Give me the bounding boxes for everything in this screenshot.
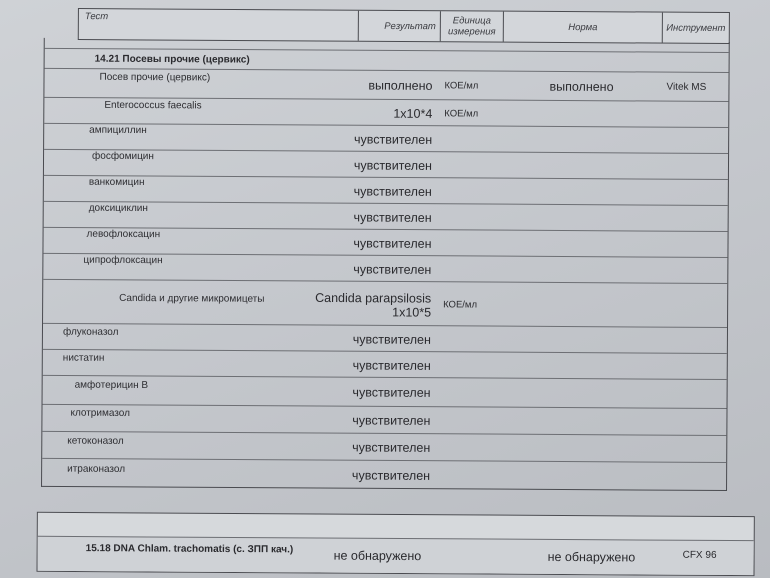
test-name: левофлоксацин bbox=[87, 228, 161, 239]
test-name: доксициклин bbox=[89, 202, 148, 213]
header-instrument: Инструмент bbox=[663, 13, 729, 43]
table-row: Candida и другие микромицетыCandida para… bbox=[43, 279, 727, 327]
test-name: клотримазол bbox=[70, 408, 130, 419]
table-row: итраконазолчувствителен bbox=[42, 458, 726, 490]
test-result: чувствителен bbox=[352, 468, 430, 482]
test-name: нистатин bbox=[63, 352, 105, 363]
test-result: чувствителен bbox=[353, 358, 431, 372]
test-name: кетоконазол bbox=[67, 436, 123, 447]
test-name: Enterococcus faecalis bbox=[104, 99, 201, 111]
test-result: Candida parapsilosis 1x10*5 bbox=[301, 290, 431, 319]
test-result: чувствителен bbox=[354, 132, 432, 146]
test-name: фосфомицин bbox=[92, 150, 154, 161]
test-norm: не обнаружено bbox=[548, 550, 636, 565]
test-result: чувствителен bbox=[354, 184, 432, 198]
lab-report-sheet: Тест Результат Единица измерения Норма И… bbox=[0, 0, 770, 578]
test-instrument: CFX 96 bbox=[683, 550, 717, 561]
test-name: ципрофлоксацин bbox=[83, 254, 162, 265]
test-name: 15.18 DNA Chlam. trachomatis (с. ЗПП кач… bbox=[86, 543, 296, 556]
chlamydia-table: 15.18 DNA Chlam. trachomatis (с. ЗПП кач… bbox=[37, 512, 755, 576]
test-result: чувствителен bbox=[353, 332, 431, 346]
table-row: клотримазолчувствителен bbox=[42, 404, 726, 435]
table-row: Посев прочие (цервикс)выполненоКОЕ/млвып… bbox=[44, 68, 728, 101]
table-row: кетоконазолчувствителен bbox=[42, 431, 726, 462]
test-result: чувствителен bbox=[353, 236, 431, 250]
test-result: не обнаружено bbox=[334, 549, 422, 564]
test-result: чувствителен bbox=[352, 440, 430, 454]
test-result: чувствителен bbox=[353, 210, 431, 224]
test-unit: КОЕ/мл bbox=[444, 108, 478, 119]
test-result: выполнено bbox=[368, 79, 432, 93]
table-row: амфотерицин Вчувствителен bbox=[43, 375, 727, 408]
section-title: 14.21 Посевы прочие (цервикс) bbox=[95, 53, 250, 65]
test-result: чувствителен bbox=[352, 385, 430, 399]
test-name: ванкомицин bbox=[89, 176, 145, 187]
test-name: ампициллин bbox=[89, 124, 147, 135]
header-norm: Норма bbox=[504, 12, 663, 43]
header-unit: Единица измерения bbox=[441, 11, 504, 41]
header-test: Тест bbox=[79, 9, 359, 41]
test-result: чувствителен bbox=[354, 158, 432, 172]
test-result: чувствителен bbox=[353, 262, 431, 276]
test-name: амфотерицин В bbox=[75, 380, 149, 391]
table-row: 15.18 DNA Chlam. trachomatis (с. ЗПП кач… bbox=[38, 536, 754, 575]
results-table: 14.21 Посевы прочие (цервикс) Посев проч… bbox=[41, 38, 730, 491]
test-name: флуконазол bbox=[63, 326, 119, 337]
test-result: 1x10*4 bbox=[393, 106, 432, 120]
test-result: чувствителен bbox=[352, 413, 430, 427]
test-name: Посев прочие (цервикс) bbox=[99, 72, 210, 84]
test-norm: выполнено bbox=[549, 80, 613, 94]
header-result: Результат bbox=[359, 11, 441, 42]
test-name: итраконазол bbox=[67, 463, 125, 474]
test-instrument: Vitek MS bbox=[666, 82, 706, 93]
test-unit: КОЕ/мл bbox=[443, 299, 477, 310]
test-unit: КОЕ/мл bbox=[444, 80, 478, 91]
test-name: Candida и другие микромицеты bbox=[119, 292, 264, 304]
